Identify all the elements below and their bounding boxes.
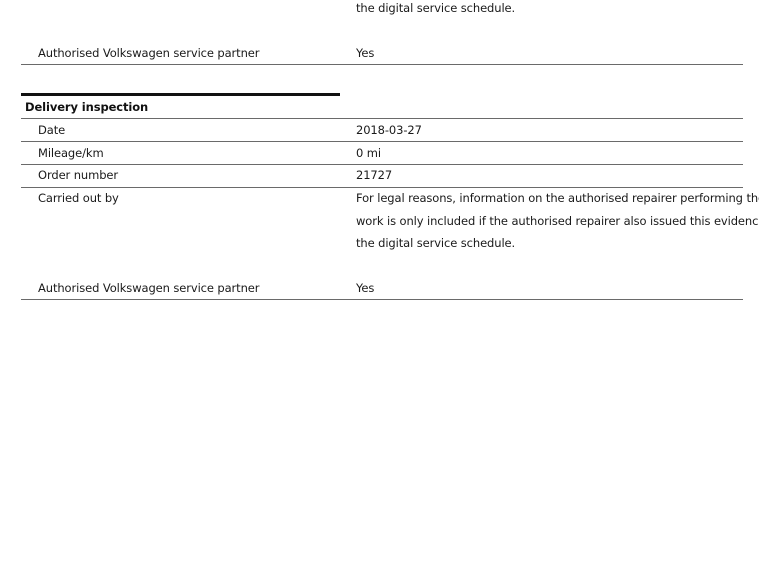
partner-label: Authorised Volkswagen service partner <box>38 46 259 60</box>
carried-out-by-text-tail: the digital service schedule. <box>356 1 515 15</box>
partner-value: Yes <box>356 281 374 295</box>
partner-value: Yes <box>356 46 374 60</box>
carried-out-by-line-3: the digital service schedule. <box>356 236 515 250</box>
divider <box>21 64 743 65</box>
divider <box>21 187 743 188</box>
divider <box>21 299 743 300</box>
row-label-carried-out-by: Carried out by <box>38 191 119 205</box>
section-title: Delivery inspection <box>25 100 148 114</box>
row-label-order-number: Order number <box>38 168 118 182</box>
row-value-mileage: 0 mi <box>356 146 381 160</box>
divider <box>21 141 743 142</box>
row-value-date: 2018-03-27 <box>356 123 422 137</box>
divider <box>21 118 743 119</box>
row-label-date: Date <box>38 123 65 137</box>
divider <box>21 164 743 165</box>
row-label-mileage: Mileage/km <box>38 146 104 160</box>
carried-out-by-line-2: work is only included if the authorised … <box>356 214 759 228</box>
carried-out-by-line-1: For legal reasons, information on the au… <box>356 191 759 205</box>
row-value-order-number: 21727 <box>356 168 392 182</box>
section-rule <box>21 93 340 96</box>
partner-label: Authorised Volkswagen service partner <box>38 281 259 295</box>
